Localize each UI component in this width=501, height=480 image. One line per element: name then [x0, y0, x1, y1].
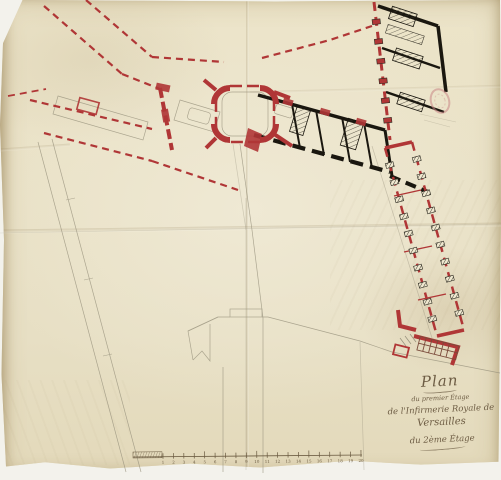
central-rotunda — [216, 86, 274, 142]
black-wing-red-end-wall — [244, 128, 262, 152]
svg-text:8: 8 — [235, 459, 238, 464]
long-red-wing — [385, 142, 464, 336]
red-ink-walls — [8, 0, 390, 190]
svg-text:6: 6 — [214, 459, 217, 464]
svg-text:9: 9 — [245, 459, 248, 464]
svg-text:14: 14 — [296, 459, 302, 464]
ramp-hatch — [400, 334, 416, 346]
svg-text:1: 1 — [162, 460, 165, 465]
svg-text:10: 10 — [254, 459, 260, 464]
svg-text:17: 17 — [327, 458, 333, 463]
title-line-4: Versailles — [382, 414, 500, 430]
svg-text:7: 7 — [224, 459, 227, 464]
svg-text:20: 20 — [358, 458, 364, 463]
svg-text:16: 16 — [317, 458, 323, 463]
svg-text:15: 15 — [306, 458, 312, 463]
svg-text:19: 19 — [348, 458, 354, 463]
svg-text:18: 18 — [338, 458, 344, 463]
scanned-plan-sheet: 1234567891011121314151617181920 Plan du … — [0, 0, 501, 480]
spine-red-piers — [372, 19, 392, 123]
svg-text:11: 11 — [265, 459, 270, 464]
scale-bar-subdivisions — [133, 452, 162, 458]
svg-text:3: 3 — [183, 460, 186, 465]
scale-bar: 1234567891011121314151617181920 — [133, 450, 364, 465]
title-block: Plan du premier Étage de l'Infirmerie Ro… — [380, 371, 501, 452]
svg-text:12: 12 — [275, 459, 281, 464]
small-red-room — [393, 344, 409, 357]
svg-text:13: 13 — [286, 459, 292, 464]
svg-text:4: 4 — [193, 459, 196, 464]
svg-text:2: 2 — [172, 460, 175, 465]
svg-text:5: 5 — [203, 459, 206, 464]
